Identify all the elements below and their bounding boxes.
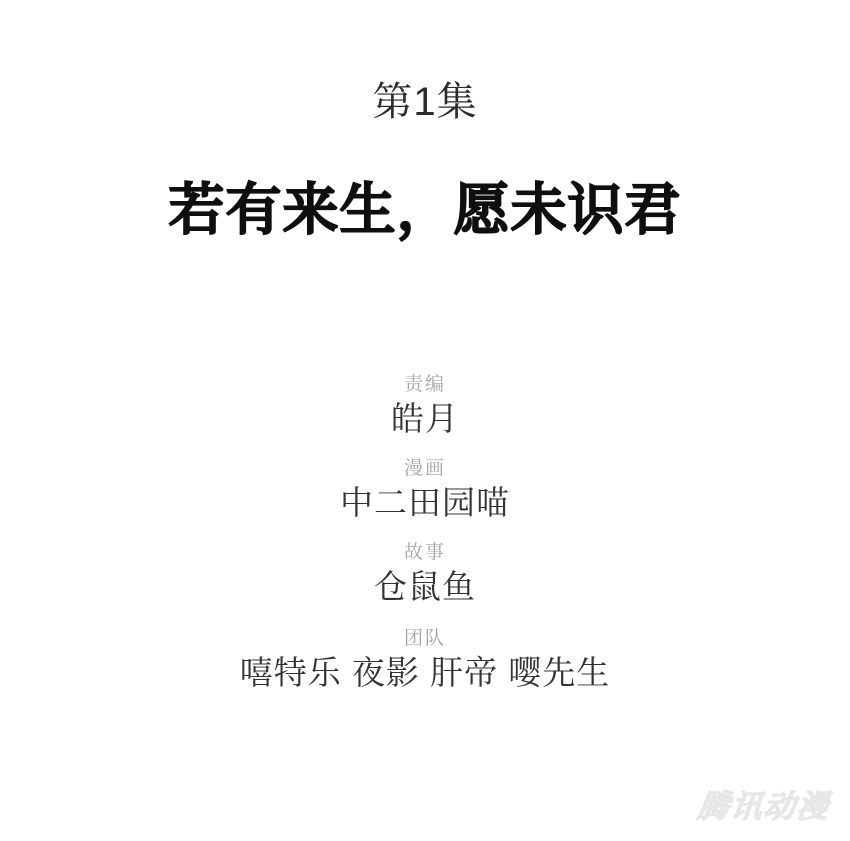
credit-group-story: 故事 仓鼠鱼 xyxy=(0,543,850,603)
chapter-title: 若有来生，愿未识君 xyxy=(0,182,850,238)
comic-title-page: 第1集 若有来生，愿未识君 责编 皓月 漫画 中二田园喵 故事 仓鼠鱼 团队 嘻… xyxy=(0,0,850,841)
credit-person-name: 仓鼠鱼 xyxy=(0,570,850,603)
credit-role-label: 故事 xyxy=(0,543,850,562)
episode-number: 第1集 xyxy=(0,82,850,122)
credit-role-label: 团队 xyxy=(0,629,850,648)
credit-person-name: 中二田园喵 xyxy=(0,486,850,519)
credit-role-label: 漫画 xyxy=(0,459,850,478)
credit-person-name: 皓月 xyxy=(0,402,850,435)
credit-group-team: 团队 嘻特乐 夜影 肝帝 嘤先生 xyxy=(0,629,850,689)
tencent-comics-watermark-logo: 腾讯动漫 xyxy=(696,791,831,822)
credit-role-label: 责编 xyxy=(0,375,850,394)
credit-group-artist: 漫画 中二田园喵 xyxy=(0,459,850,519)
credit-group-editor: 责编 皓月 xyxy=(0,375,850,435)
credit-person-name: 嘻特乐 夜影 肝帝 嘤先生 xyxy=(0,656,850,689)
